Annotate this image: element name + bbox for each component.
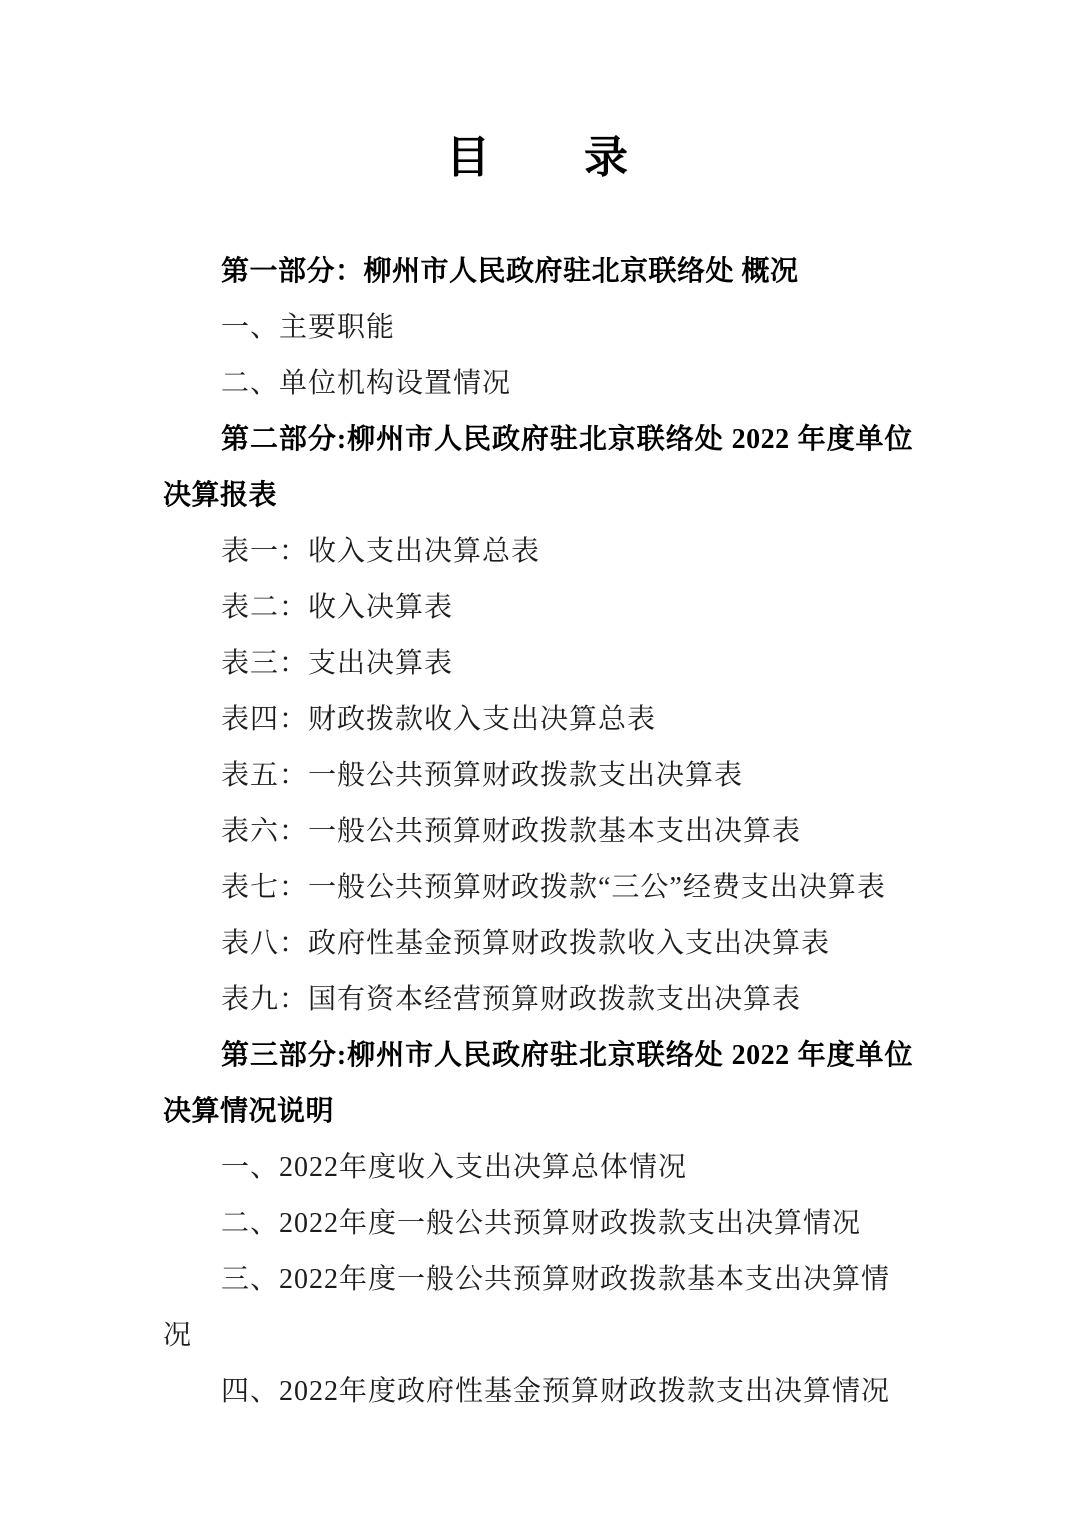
toc-section-2-heading-line: 决算报表 xyxy=(163,468,913,524)
toc-item: 三、2022年度一般公共预算财政拨款基本支出决算情况 xyxy=(163,1252,913,1364)
toc-item: 表八：政府性基金预算财政拨款收入支出决算表 xyxy=(163,916,913,972)
toc-item: 四、2022年度政府性基金预算财政拨款支出决算情况 xyxy=(163,1364,913,1420)
toc-item: 表五：一般公共预算财政拨款支出决算表 xyxy=(163,748,913,804)
page-title: 目 录 xyxy=(163,118,913,198)
toc-item: 二、2022年度一般公共预算财政拨款支出决算情况 xyxy=(163,1196,913,1252)
toc-item: 表六：一般公共预算财政拨款基本支出决算表 xyxy=(163,804,913,860)
toc-section-3-heading-line: 第三部分:柳州市人民政府驻北京联络处 2022 年度单位 xyxy=(163,1028,913,1084)
toc-item: 表一：收入支出决算总表 xyxy=(163,524,913,580)
toc-item: 表九：国有资本经营预算财政拨款支出决算表 xyxy=(163,972,913,1028)
toc-section-2-heading-line: 第二部分:柳州市人民政府驻北京联络处 2022 年度单位 xyxy=(163,412,913,468)
toc-item: 表三：支出决算表 xyxy=(163,636,913,692)
toc-section-3-heading-line: 决算情况说明 xyxy=(163,1084,913,1140)
toc-item: 表二：收入决算表 xyxy=(163,580,913,636)
toc-item: 一、主要职能 xyxy=(163,300,913,356)
toc-section-1-heading-line: 第一部分：柳州市人民政府驻北京联络处 概况 xyxy=(163,244,913,300)
toc-item: 表七：一般公共预算财政拨款“三公”经费支出决算表 xyxy=(163,860,913,916)
table-of-contents: 第一部分：柳州市人民政府驻北京联络处 概况一、主要职能二、单位机构设置情况第二部… xyxy=(163,244,913,1420)
toc-item: 一、2022年度收入支出决算总体情况 xyxy=(163,1140,913,1196)
toc-item: 表四：财政拨款收入支出决算总表 xyxy=(163,692,913,748)
document-page: 目 录 第一部分：柳州市人民政府驻北京联络处 概况一、主要职能二、单位机构设置情… xyxy=(0,0,1075,1520)
toc-item: 二、单位机构设置情况 xyxy=(163,356,913,412)
